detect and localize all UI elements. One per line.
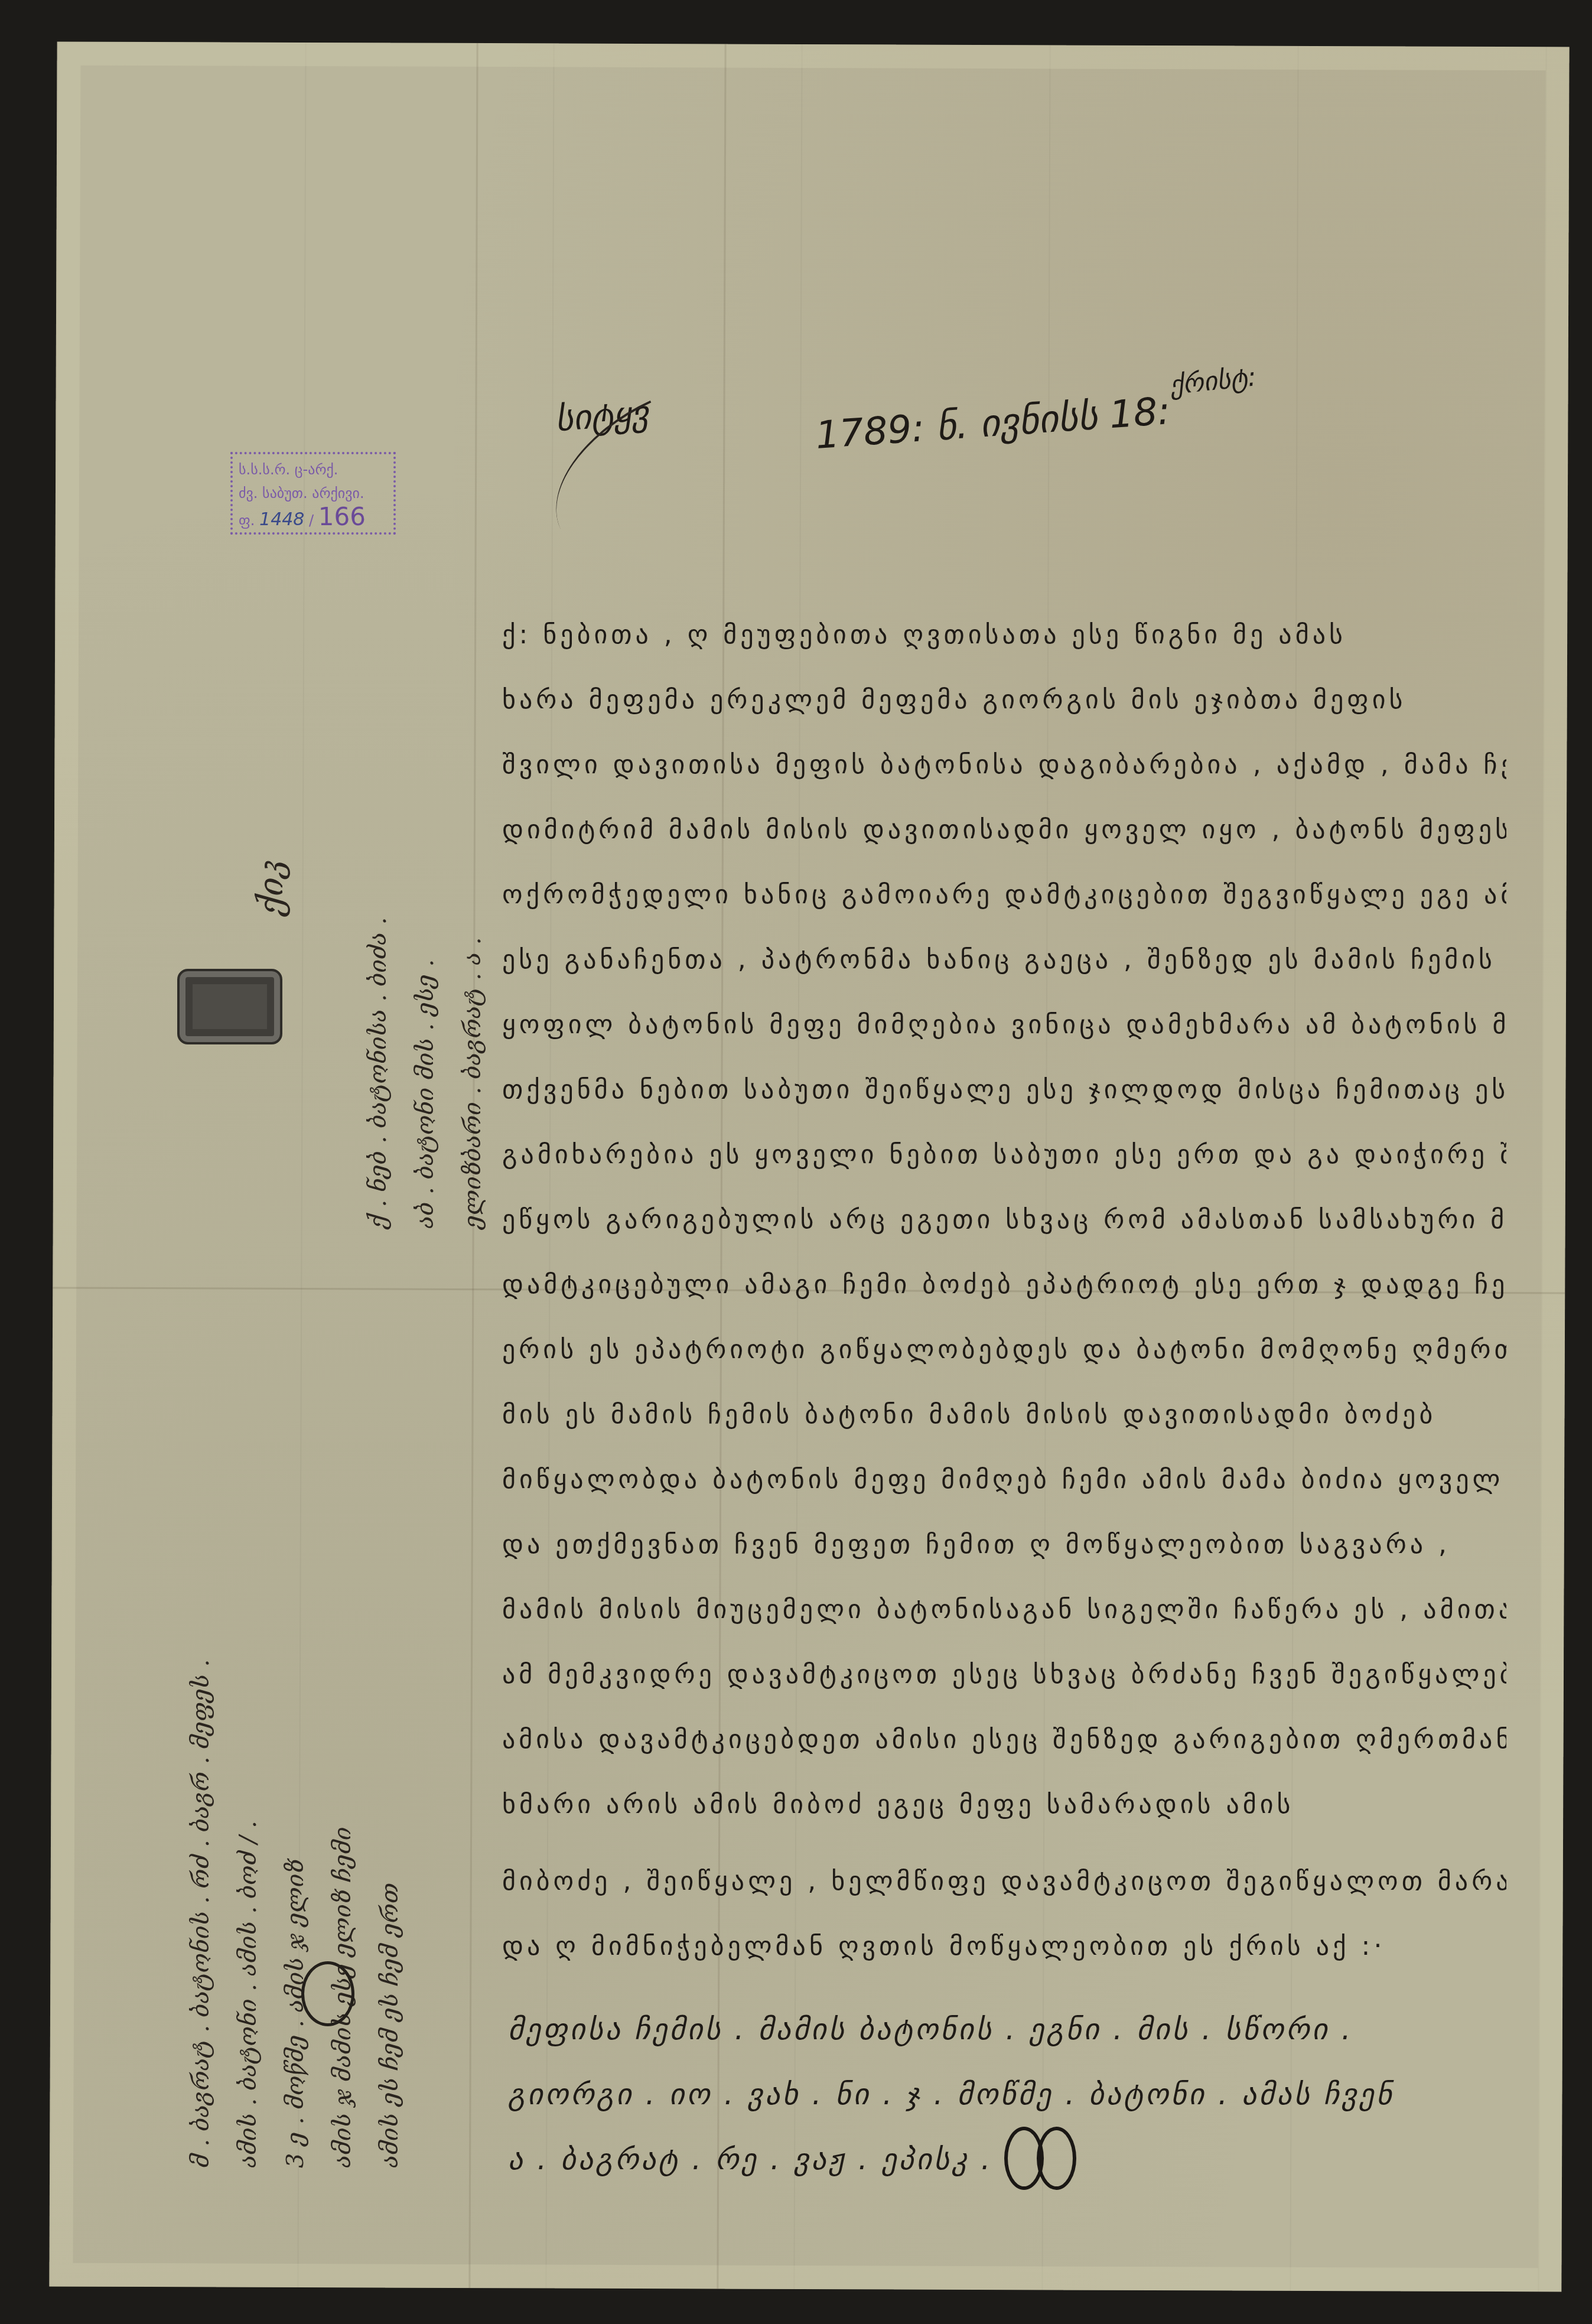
stamp-line-1: ს.ს.ს.რ. ც-არქ. bbox=[239, 458, 388, 481]
margin-line: ქ . ნებ . ბატონისა . ბიძა . bbox=[354, 768, 402, 1229]
body-line: ერის ეს ეპატრიოტი გიწყალობებდეს და ბატონ… bbox=[502, 1317, 1506, 1382]
stamp-prefix: ფ. bbox=[239, 512, 255, 529]
body-line: ქ: ნებითა , ღ მეუფებითა ღვთისათა ესე წიგ… bbox=[502, 603, 1506, 668]
body-line: და ეთქმევნათ ჩვენ მეფეთ ჩემით ღ მოწყალეო… bbox=[502, 1512, 1506, 1577]
margin-line: მ . ბაგრატ . ბატონის . რძ . ბაგრ . მეფეს… bbox=[177, 1430, 224, 2168]
letter-body: ქ: ნებითა , ღ მეუფებითა ღვთისათა ესე წიგ… bbox=[502, 603, 1506, 1979]
fond-number: 1448 bbox=[259, 509, 304, 530]
body-line: ესე განაჩენთა , პატრონმა ხანიც გაეცა , შ… bbox=[502, 927, 1506, 992]
margin-line: ელიზბარი . ბაგრატ . ა . bbox=[449, 768, 496, 1229]
body-line: მიბოძე , შეიწყალე , ხელმწიფე დავამტკიცოთ… bbox=[502, 1849, 1506, 1914]
body-line: მიწყალობდა ბატონის მეფე მიმღებ ჩემი ამის… bbox=[502, 1447, 1506, 1512]
round-seal-icon bbox=[301, 1961, 354, 2026]
stamp-line-3: ფ. 1448 / 166 bbox=[239, 505, 388, 532]
left-margin-paraph: ქიკ bbox=[248, 762, 295, 916]
archive-stamp: ს.ს.ს.რ. ც-არქ. ძვ. საბუთ. არქივი. ფ. 14… bbox=[230, 452, 396, 535]
margin-line: 3 ე . მოწმე . ამის ჯ ელიზ bbox=[272, 1430, 319, 2168]
signoff-line: მეფისა ჩემის . მამის ბატონის . ეგნი . მი… bbox=[508, 1997, 1512, 2062]
body-line: დამტკიცებული ამაგი ჩემი ბოძებ ეპატრიოტ ე… bbox=[502, 1252, 1506, 1317]
body-line: ყოფილ ბატონის მეფე მიმღებია ვინიცა დამეხ… bbox=[502, 992, 1506, 1057]
margin-line: ამის . ბატონი . ამის . ბოძ / . bbox=[224, 1430, 272, 2168]
body-line: თქვენმა ნებით საბუთი შეიწყალე ესე ჯილდოდ… bbox=[502, 1057, 1506, 1122]
body-line: ხმარი არის ამის მიბოძ ეგეც მეფე სამარადი… bbox=[502, 1772, 1506, 1837]
body-line: გამიხარებია ეს ყოველი ნებით საბუთი ესე ე… bbox=[502, 1122, 1506, 1187]
body-line: მამის მისის მიუცემელი ბატონისაგან სიგელშ… bbox=[502, 1577, 1506, 1642]
octagonal-seal-icon bbox=[177, 969, 282, 1044]
body-line: შვილი დავითისა მეფის ბატონისა დაგიბარები… bbox=[502, 733, 1506, 798]
margin-line: ამის ჯ მამის ესე ელიზ ჩემი bbox=[319, 1430, 366, 2168]
body-line: დიმიტრიმ მამის მისის დავითისადმი ყოველ ი… bbox=[502, 798, 1506, 862]
body-line: ამ მემკვიდრე დავამტკიცოთ ესეც სხვაც ბრძა… bbox=[502, 1642, 1506, 1707]
body-line: და ღ მიმნიჭებელმან ღვთის მოწყალეობით ეს … bbox=[502, 1914, 1506, 1979]
body-line: ხარა მეფემა ერეკლემ მეფემა გიორგის მის ე… bbox=[502, 668, 1506, 733]
body-line: ეწყოს გარიგებულის არც ეგეთი სხვაც რომ ამ… bbox=[502, 1187, 1506, 1252]
item-number: 166 bbox=[318, 502, 366, 531]
left-margin-lower: მ . ბაგრატ . ბატონის . რძ . ბაგრ . მეფეს… bbox=[177, 1430, 414, 2168]
signoff-line: გიორგი . იო . ვახ . ნი . ჯ . მოწმე . ბატ… bbox=[508, 2062, 1512, 2127]
body-line: ამისა დავამტკიცებდეთ ამისი ესეც შენზედ გ… bbox=[502, 1707, 1506, 1772]
stamp-line-2: ძვ. საბუთ. არქივი. bbox=[239, 481, 388, 505]
signature-flourish-icon bbox=[1004, 2127, 1081, 2192]
left-margin-upper: ქ . ნებ . ბატონისა . ბიძა . აბ . ბატონი … bbox=[354, 768, 496, 1229]
body-line: ოქრომჭედელი ხანიც გამოიარე დამტკიცებით შ… bbox=[502, 862, 1506, 927]
body-line: მის ეს მამის ჩემის ბატონი მამის მისის და… bbox=[502, 1382, 1506, 1447]
margin-line: აბ . ბატონი მის . ესე . bbox=[402, 768, 449, 1229]
margin-line: ამის ეს ჩემ ეს ჩემ ერთ bbox=[366, 1430, 414, 2168]
